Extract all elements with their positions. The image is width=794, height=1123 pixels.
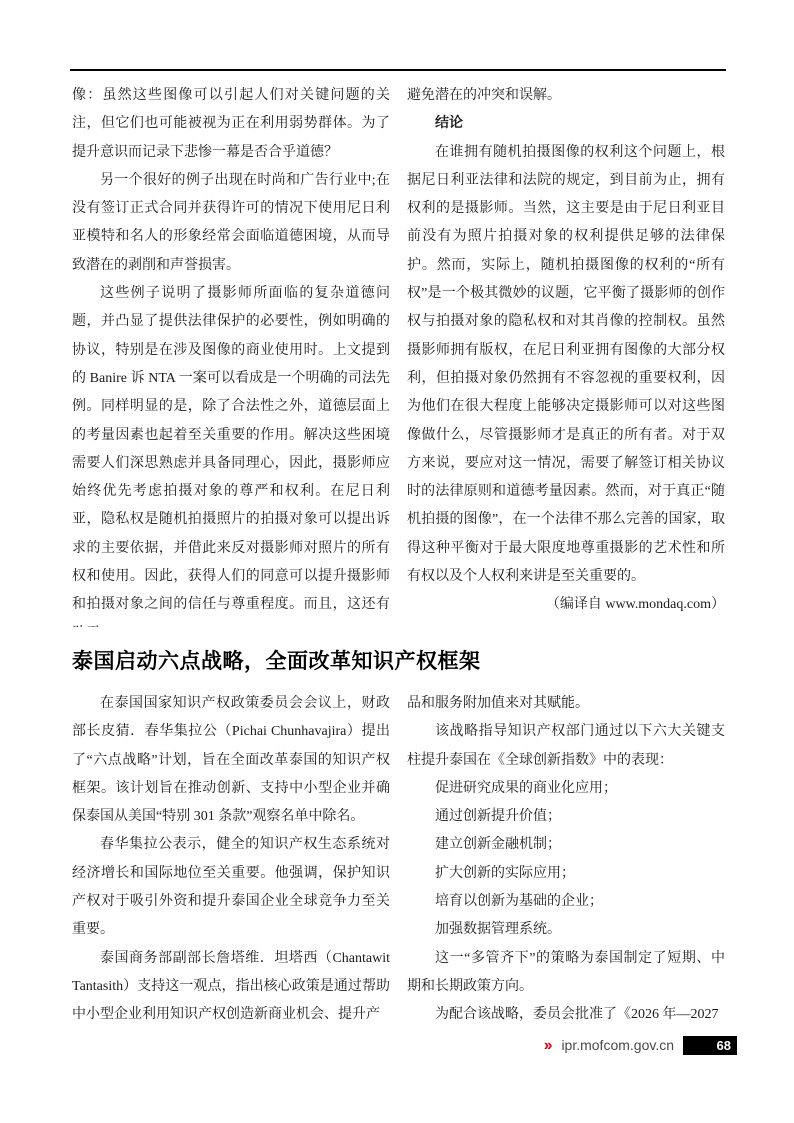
paragraph: 促进研究成果的商业化应用； [407,775,725,803]
paragraph: 春华集拉公表示，健全的知识产权生态系统对经济增长和国际地位至关重要。他强调，保护… [72,831,390,944]
paragraph: 泰国商务部副部长詹塔维．坦塔西（Chantawit Tantasith）支持这一… [72,945,390,1030]
paragraph: 像：虽然这些图像可以引起人们对关键问题的关注，但它们也可能被视为正在利用弱势群体… [72,82,390,167]
article-thailand-right-column: 品和服务附加值来对其赋能。该战略指导知识产权部门通过以下六大关键支柱提升泰国在《… [407,690,725,1035]
top-rule-divider [70,69,726,71]
article-nigeria-right-column: 避免潜在的冲突和误解。结论在谁拥有随机拍摄图像的权利这个问题上，根据尼日利亚法律… [407,82,725,627]
chevrons-right-icon: ›› [544,1036,553,1055]
paragraph: 为配合该战略，委员会批准了《2026 年—2027 [407,1001,725,1029]
paragraph: （编译自 www.mondaq.com） [407,591,725,619]
article-thailand-left-column: 在泰国国家知识产权政策委员会会议上，财政部长皮猜．春华集拉公（Pichai Ch… [72,690,390,1035]
paragraph: 结论 [407,110,725,138]
paragraph: 在泰国国家知识产权政策委员会会议上，财政部长皮猜．春华集拉公（Pichai Ch… [72,690,390,831]
footer-site-url: ipr.mofcom.gov.cn [561,1036,674,1055]
page-number-badge: 68 [683,1036,737,1055]
paragraph: 品和服务附加值来对其赋能。 [407,690,725,718]
paragraph: 另一个很好的例子出现在时尚和广告行业中;在没有签订正式合同并获得许可的情况下使用… [72,167,390,280]
paragraph: 避免潜在的冲突和误解。 [407,82,725,110]
paragraph: 该战略指导知识产权部门通过以下六大关键支柱提升泰国在《全球创新指数》中的表现： [407,718,725,775]
article-nigeria-left-column: 像：虽然这些图像可以引起人们对关键问题的关注，但它们也可能被视为正在利用弱势群体… [72,82,390,627]
article-thailand-title: 泰国启动六点战略，全面改革知识产权框架 [72,645,722,675]
paragraph: 培育以创新为基础的企业； [407,888,725,916]
document-page: 像：虽然这些图像可以引起人们对关键问题的关注，但它们也可能被视为正在利用弱势群体… [0,0,794,1123]
paragraph: 这些例子说明了摄影师所面临的复杂道德问题，并凸显了提供法律保护的必要性，例如明确… [72,280,390,627]
paragraph: 扩大创新的实际应用； [407,860,725,888]
paragraph: 在谁拥有随机拍摄图像的权利这个问题上，根据尼日利亚法律和法院的规定，到目前为止，… [407,139,725,592]
paragraph: 通过创新提升价值； [407,803,725,831]
paragraph: 建立创新金融机制； [407,831,725,859]
paragraph: 加强数据管理系统。 [407,916,725,944]
paragraph: 这一“多管齐下”的策略为泰国制定了短期、中期和长期政策方向。 [407,945,725,1002]
page-footer: ›› ipr.mofcom.gov.cn 68 [0,1036,737,1055]
